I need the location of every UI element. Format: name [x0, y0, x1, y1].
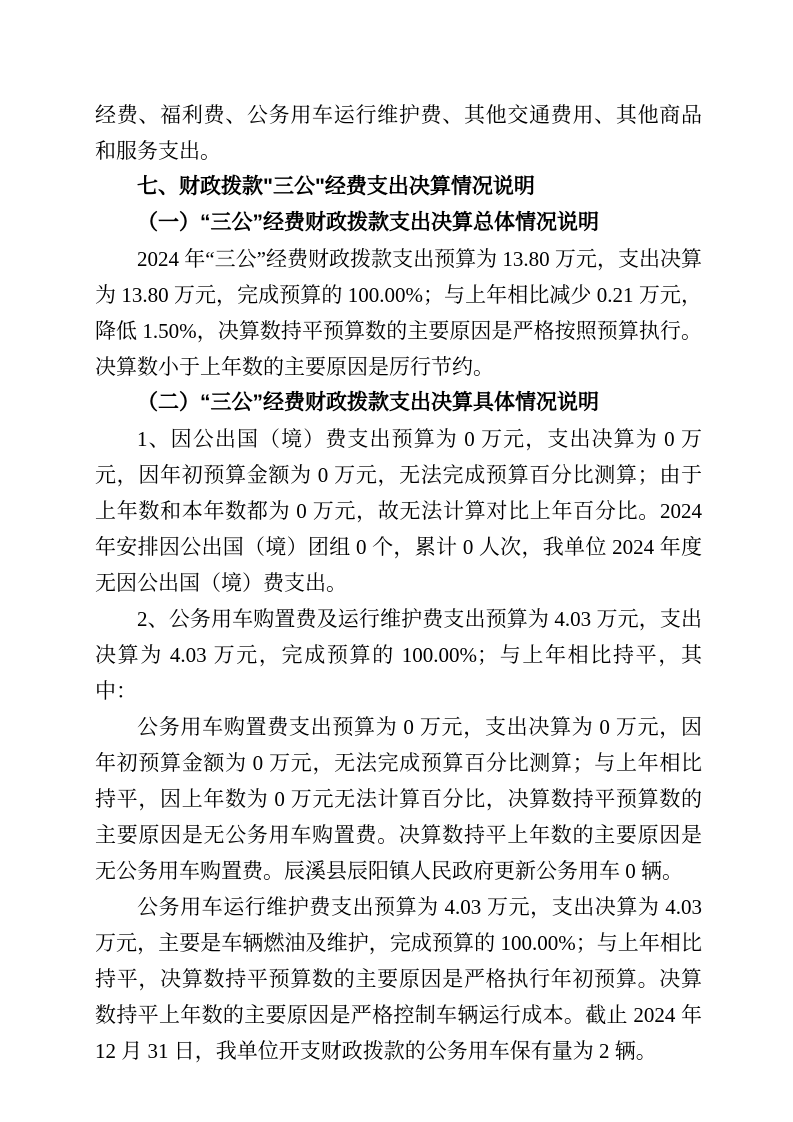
document-page: 经费、福利费、公务用车运行维护费、其他交通费用、其他商品和服务支出。 七、财政拨… [0, 0, 793, 1122]
paragraph-overall-three-public-budget: 2024 年“三公”经费财政拨款支出预算为 13.80 万元，支出决算为 13.… [95, 241, 702, 385]
paragraph-continued-expense-list: 经费、福利费、公务用车运行维护费、其他交通费用、其他商品和服务支出。 [95, 97, 702, 169]
paragraph-vehicle-maintenance-expense: 公务用车运行维护费支出预算为 4.03 万元，支出决算为 4.03 万元，主要是… [95, 889, 702, 1069]
section-heading-seven-three-public-funds: 七、财政拨款"三公"经费支出决算情况说明 [95, 169, 702, 205]
subsection-heading-two-specific-situation: （二）“三公”经费财政拨款支出决算具体情况说明 [95, 385, 702, 421]
paragraph-vehicle-purchase-expense: 公务用车购置费支出预算为 0 万元，支出决算为 0 万元，因年初预算金额为 0 … [95, 709, 702, 889]
subsection-heading-one-overall-situation: （一）“三公”经费财政拨款支出决算总体情况说明 [95, 205, 702, 241]
paragraph-vehicle-purchase-and-maintenance-total: 2、公务用车购置费及运行维护费支出预算为 4.03 万元，支出决算为 4.03 … [95, 601, 702, 709]
paragraph-overseas-travel-expense: 1、因公出国（境）费支出预算为 0 万元，支出决算为 0 万元，因年初预算金额为… [95, 421, 702, 601]
